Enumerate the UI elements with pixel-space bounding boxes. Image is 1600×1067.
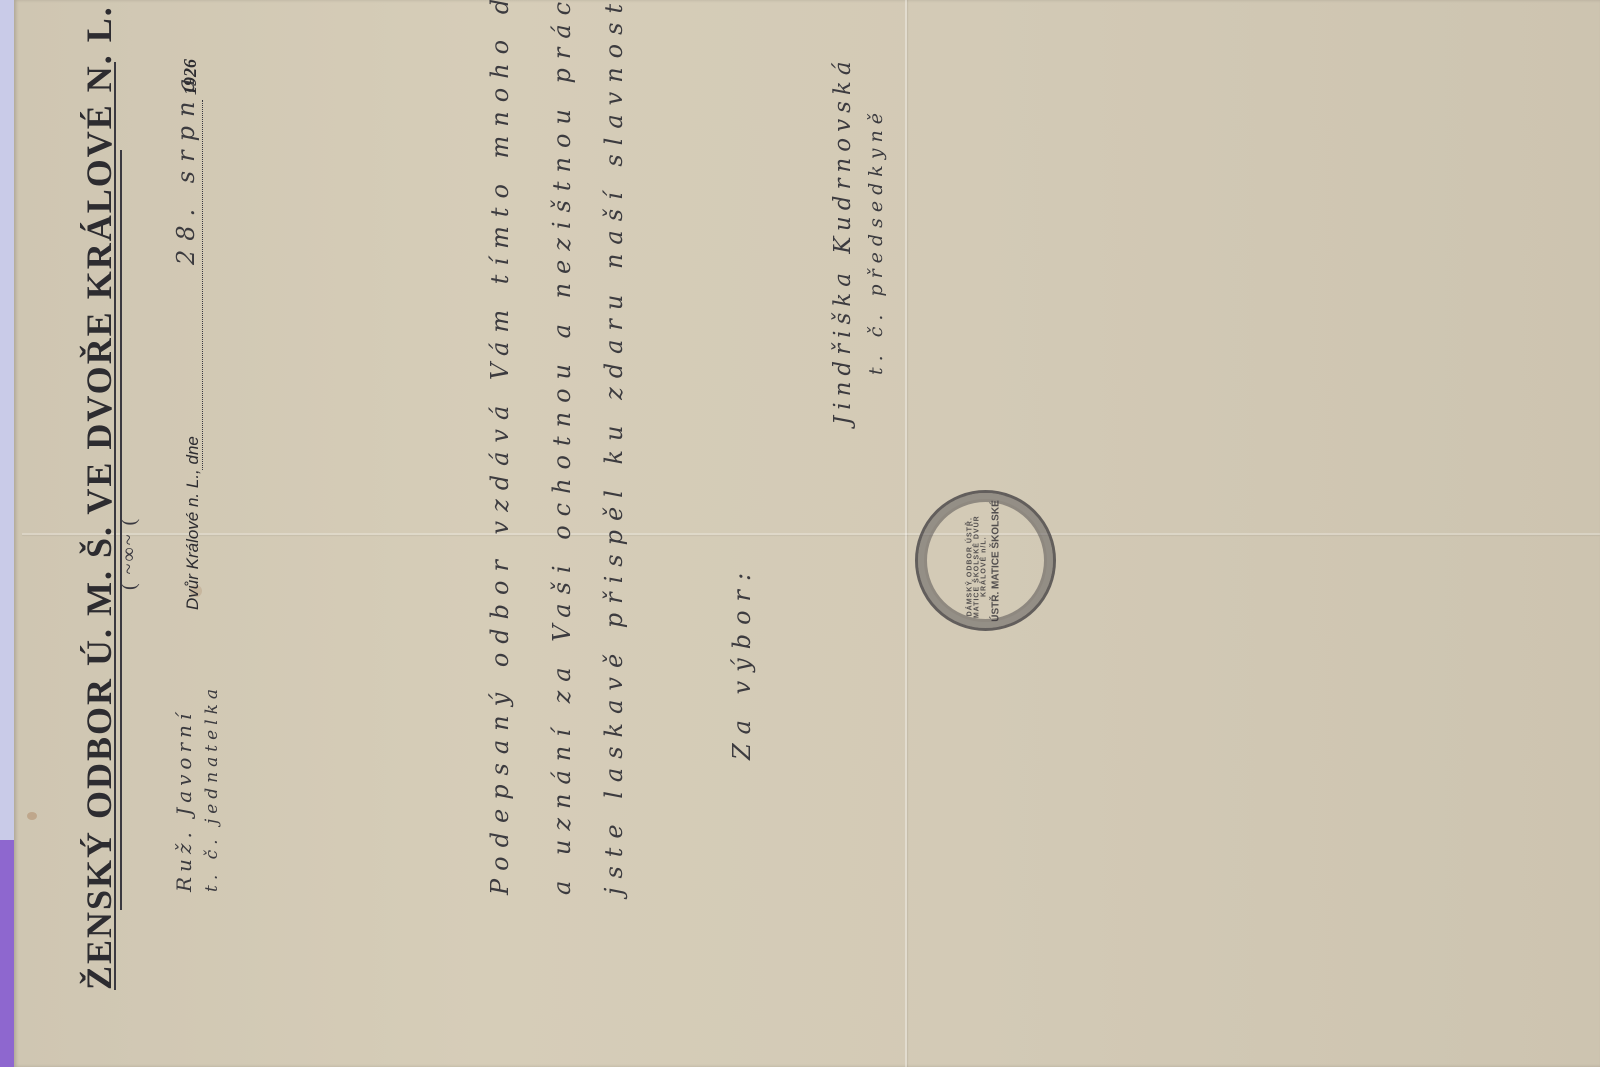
date-dotted-line — [202, 100, 203, 470]
letterhead-rule — [114, 62, 116, 990]
dateline-year: 1926 — [180, 59, 201, 95]
closing-text: Za výbor: — [728, 564, 756, 760]
body-line: jste laskavě přispěl ku zdaru naší slavn… — [600, 0, 628, 895]
seal-stamp-icon: DÁMSKÝ ODBOR ÚSTŘ. MATICE ŠKOLSKÉ DVŮR K… — [915, 490, 1056, 631]
body-line: Podepsaný odbor vzdává Vám tímto mnoho d… — [486, 0, 514, 895]
signature-right-name: Jindřiška Kudrnovská — [830, 55, 856, 425]
dateline-handwritten-date: 28. srpna — [172, 69, 200, 265]
stamp-center-text: ÚSTŘ. MATICE ŠKOLSKÉ — [990, 500, 1001, 621]
signature-left-name: Ruž. Javorní — [172, 709, 196, 892]
paper-stain — [27, 812, 37, 820]
fold-line-horizontal — [22, 533, 1600, 535]
signature-right-role: t. č. předsedkyně — [865, 107, 887, 375]
dateline-place: Dvůr Králové n. L., dne — [183, 436, 203, 610]
letterhead-ornament: ( ~∞~ ( — [118, 517, 141, 590]
body-line: a uznání za Vaši ochotnou a nezištnou pr… — [548, 0, 576, 895]
signature-left-role: t. č. jednatelka — [202, 684, 222, 892]
stamp-ring-text: DÁMSKÝ ODBOR ÚSTŘ. MATICE ŠKOLSKÉ DVŮR K… — [966, 511, 987, 621]
